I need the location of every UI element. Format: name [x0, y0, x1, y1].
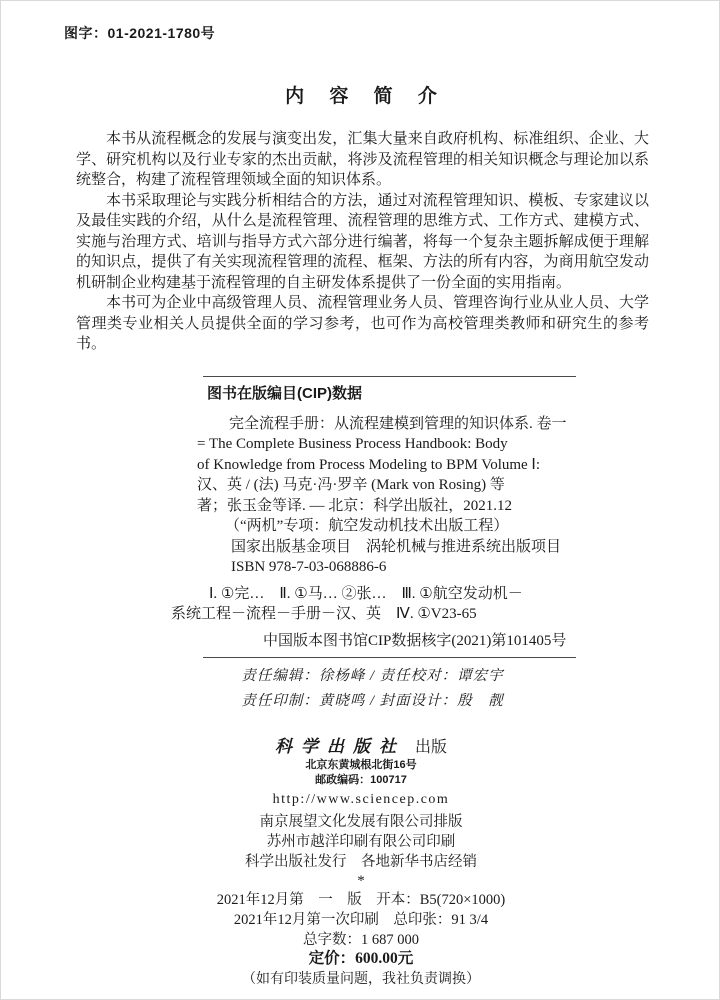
staff-editors-line: 责任编辑：徐杨峰 / 责任校对：谭宏宇 [169, 664, 576, 689]
publish-label: 出版 [415, 739, 447, 756]
cip-record-line: 中国版本图书馆CIP数据核字(2021)第101405号 [169, 631, 589, 652]
cip-isbn-line: ISBN 978-7-03-068886-6 [169, 557, 589, 578]
cip-block: 图书在版编目(CIP)数据 完全流程手册：从流程建模到管理的知识体系. 卷一 =… [169, 384, 589, 651]
cip-heading: 图书在版编目(CIP)数据 [169, 384, 589, 405]
cip-translator-line: 著；张玉金等译. — 北京：科学出版社，2021.12 [169, 496, 589, 517]
intro-paragraph: 本书从流程概念的发展与演变出发，汇集大量来自政府机构、标准组织、企业、大学、研究… [76, 129, 649, 191]
cip-fund-line: 国家出版基金项目 涡轮机械与推进系统出版项目 [169, 537, 589, 558]
colophon-block: 科学出版社出版 北京东黄城根北街16号 邮政编码：100717 http://w… [61, 737, 661, 990]
publisher-name-line: 科学出版社出版 [61, 737, 661, 758]
word-count-line: 总字数：1 687 000 [61, 930, 661, 950]
cip-class-line-2: 系统工程－流程－手册－汉、英 Ⅳ. ①V23-65 [169, 604, 589, 625]
price-line: 定价：600.00元 [61, 950, 661, 968]
publisher-address: 北京东黄城根北街16号 [61, 758, 661, 773]
register-number: 图字：01-2021-1780号 [64, 23, 215, 43]
publisher-logo: 科学出版社 [275, 737, 405, 756]
staff-print-design-line: 责任印制：黄晓鸣 / 封面设计：殷 靓 [169, 689, 576, 714]
intro-body: 本书从流程概念的发展与演变出发，汇集大量来自政府机构、标准组织、企业、大学、研究… [76, 129, 649, 355]
publisher-postcode: 邮政编码：100717 [61, 773, 661, 788]
cip-series-line: （“两机”专项：航空发动机技术出版工程） [169, 516, 589, 537]
edition-line: 2021年12月第 一 版 开本：B5(720×1000) [61, 890, 661, 910]
intro-title: 内 容 简 介 [1, 81, 720, 108]
cip-lang-author-line: 汉、英 / (法) 马克·冯·罗辛 (Mark von Rosing) 等 [169, 475, 589, 496]
publisher-website: http://www.sciencep.com [61, 790, 661, 809]
cip-bottom-rule [203, 657, 576, 658]
intro-paragraph: 本书可为企业中高级管理人员、流程管理业务人员、管理咨询行业从业人员、大学管理类专… [76, 293, 649, 355]
cip-english-line-2: of Knowledge from Process Modeling to BP… [169, 455, 589, 476]
typesetting-company: 南京展望文化发展有限公司排版 [61, 812, 661, 832]
copyright-page: 图字：01-2021-1780号 内 容 简 介 本书从流程概念的发展与演变出发… [0, 0, 720, 1000]
printing-company: 苏州市越洋印刷有限公司印刷 [61, 832, 661, 852]
intro-paragraph: 本书采取理论与实践分析相结合的方法，通过对流程管理知识、模板、专家建议以及最佳实… [76, 191, 649, 294]
staff-block: 责任编辑：徐杨峰 / 责任校对：谭宏宇 责任印制：黄晓鸣 / 封面设计：殷 靓 [169, 664, 576, 714]
cip-top-rule [203, 376, 576, 377]
distribution-line: 科学出版社发行 各地新华书店经销 [61, 852, 661, 872]
impression-line: 2021年12月第一次印刷 总印张：91 3/4 [61, 910, 661, 930]
cip-class-line-1: Ⅰ. ①完… Ⅱ. ①马… ②张… Ⅲ. ①航空发动机－ [169, 584, 589, 605]
cip-english-line-1: = The Complete Business Process Handbook… [169, 434, 589, 455]
quality-note: （如有印装质量问题，我社负责调换） [61, 970, 661, 990]
asterisk-separator: * [61, 876, 661, 886]
cip-title-line: 完全流程手册：从流程建模到管理的知识体系. 卷一 [169, 414, 589, 435]
